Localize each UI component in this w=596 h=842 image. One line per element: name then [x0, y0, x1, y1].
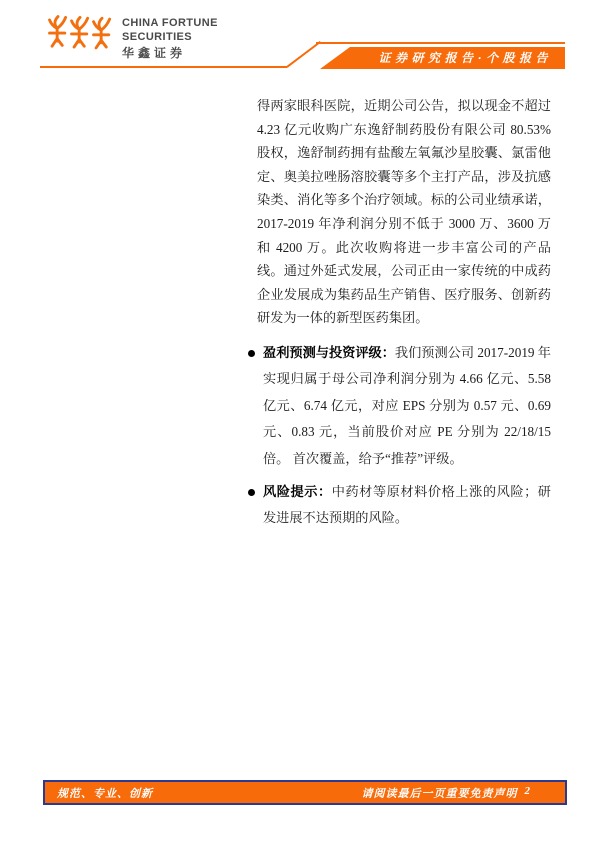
footer-bar: 规范、专业、创新 请阅读最后一页重要免责声明 2: [43, 780, 567, 805]
bullet-profit-forecast: 盈利预测与投资评级：我们预测公司 2017-2019 年实现归属于母公司净利润分…: [257, 340, 551, 472]
summary-paragraph: 得两家眼科医院，近期公司公告，拟以现金不超过 4.23 亿元收购广东逸舒制药股份…: [257, 94, 551, 330]
report-page: CHINA FORTUNE SECURITIES 华鑫证券 证券研究报告·个股报…: [0, 0, 596, 842]
company-name-cn: 华鑫证券: [122, 46, 218, 61]
bullet-title: 风险提示：: [263, 484, 332, 499]
header-rule-left: [40, 66, 287, 68]
report-type-banner: 证券研究报告·个股报告: [320, 47, 565, 69]
company-name-en-2: SECURITIES: [122, 31, 218, 45]
bullet-risk-warning: 风险提示：中药材等原材料价格上涨的风险；研发进展不达预期的风险。: [257, 479, 551, 532]
company-name: CHINA FORTUNE SECURITIES 华鑫证券: [122, 17, 218, 61]
bullet-text: 我们预测公司 2017-2019 年实现归属于母公司净利润分别为 4.66 亿元…: [263, 345, 551, 466]
footer-disclaimer-group: 请阅读最后一页重要免责声明 2: [362, 785, 532, 801]
header-rule-top: [316, 42, 565, 44]
bullet-title: 盈利预测与投资评级：: [263, 345, 395, 360]
bullet-dot-icon: [248, 350, 255, 357]
summary-content: 得两家眼科医院，近期公司公告，拟以现金不超过 4.23 亿元收购广东逸舒制药股份…: [257, 94, 551, 539]
company-logo-icon: [47, 10, 113, 57]
header-rule-diagonal: [286, 41, 321, 68]
company-name-en-1: CHINA FORTUNE: [122, 17, 218, 31]
summary-bullet-list: 盈利预测与投资评级：我们预测公司 2017-2019 年实现归属于母公司净利润分…: [257, 340, 551, 532]
footer-slogan: 规范、专业、创新: [57, 785, 153, 801]
bullet-dot-icon: [248, 489, 255, 496]
footer-disclaimer: 请阅读最后一页重要免责声明: [362, 785, 518, 801]
footer-page-number: 2: [525, 785, 532, 801]
